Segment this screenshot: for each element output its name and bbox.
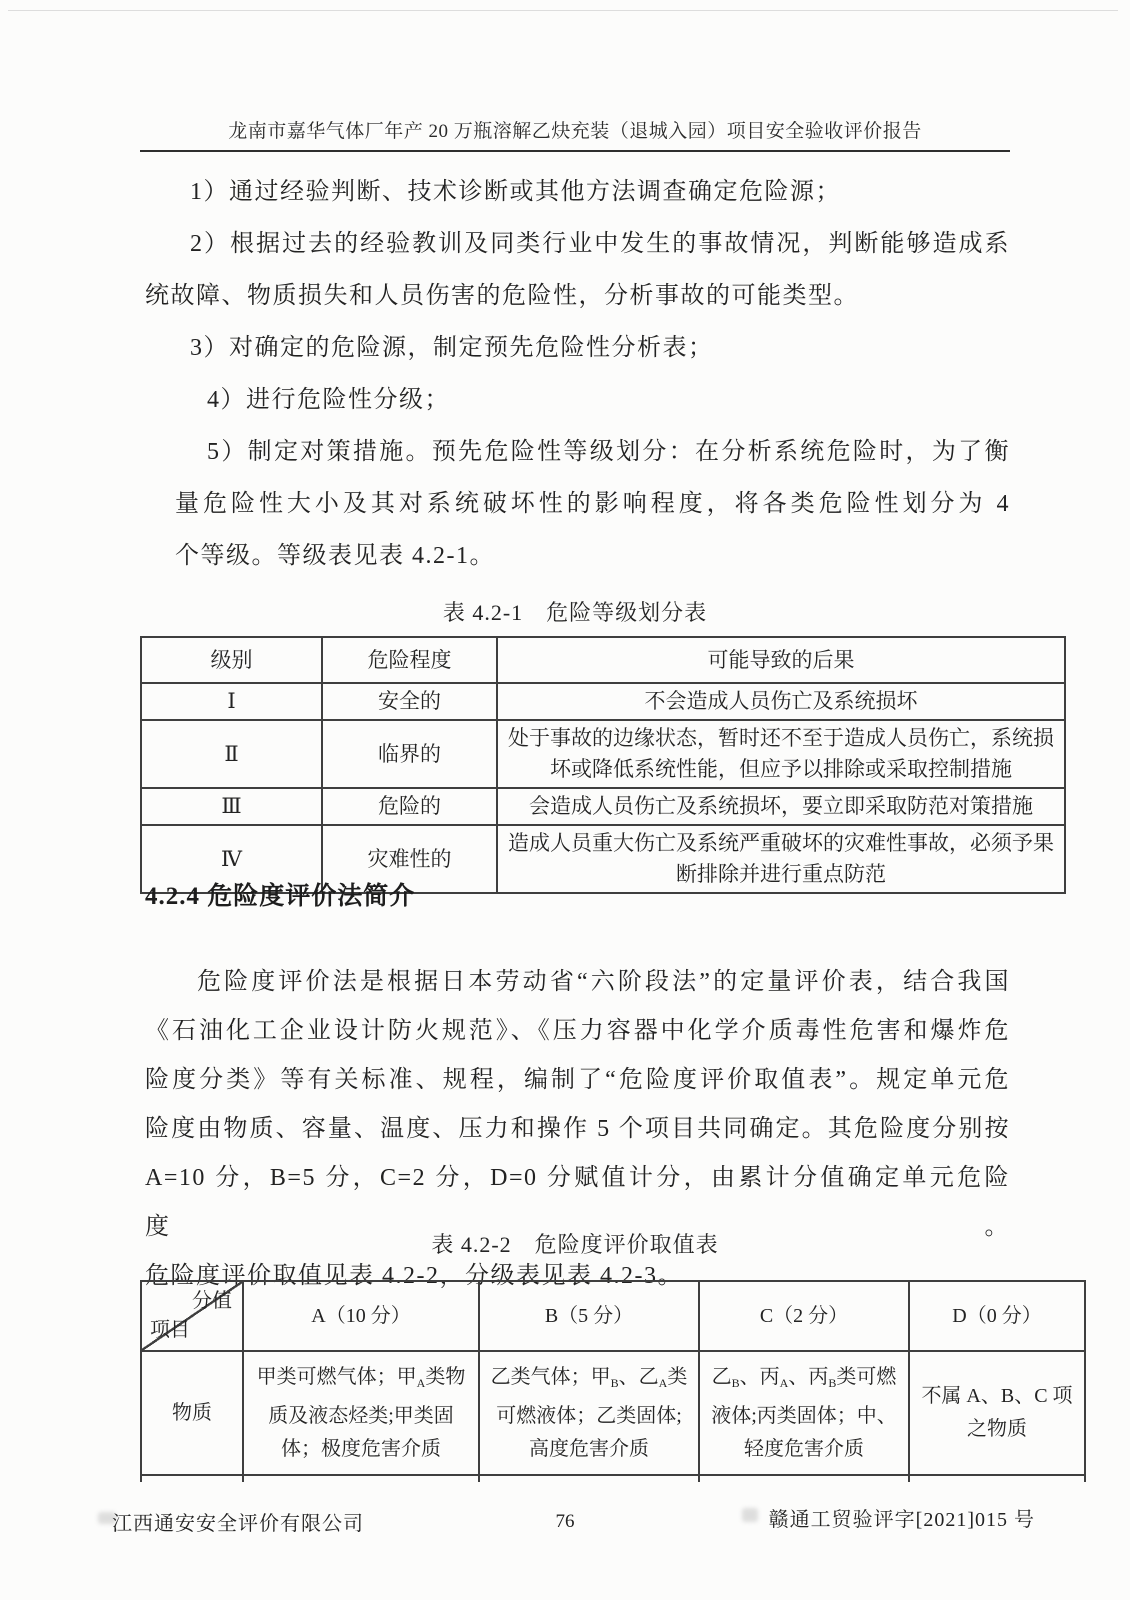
cell-level: Ⅰ — [141, 683, 322, 720]
cell-consequence: 造成人员重大伤亡及系统严重破坏的灾难性事故，必须予果断排除并进行重点防范 — [497, 825, 1065, 893]
table-row: Ⅱ 临界的 处于事故的边缘状态，暂时还不至于造成人员伤亡，系统损坏或降低系统性能… — [141, 720, 1065, 788]
list-item-4: 4）进行危险性分级； — [145, 374, 1010, 426]
header-cell-degree: 危险程度 — [322, 637, 497, 683]
report-page: 龙南市嘉华气体厂年产 20 万瓶溶解乙炔充装（退城入园）项目安全验收评价报告 1… — [0, 0, 1130, 1600]
list-item-5-line-3: 个等级。等级表见表 4.2-1。 — [145, 530, 1010, 582]
list-item-3: 3）对确定的危险源，制定预先危险性分析表； — [145, 322, 1010, 374]
corner-label-item: 项目 — [150, 1314, 190, 1347]
paragraph-line: 险度由物质、容量、温度、压力和操作 5 个项目共同确定。其危险度分别按 — [145, 1105, 1010, 1154]
cell-substance-a: 甲类可燃气体；甲A类物质及液态烃类;甲类固体；极度危害介质 — [243, 1351, 479, 1475]
header-cell-level: 级别 — [141, 637, 322, 683]
corner-label-score: 分值 — [192, 1285, 232, 1318]
table-row: Ⅲ 危险的 会造成人员伤亡及系统损坏，要立即采取防范对策措施 — [141, 788, 1065, 825]
row-label-substance: 物质 — [141, 1351, 243, 1475]
paragraph-line: 危险度评价法是根据日本劳动省“六阶段法”的定量评价表，结合我国 — [145, 958, 1010, 1007]
header-cell-c: C（2 分） — [699, 1281, 909, 1351]
paragraph-line: 《石油化工企业设计防火规范》、《压力容器中化学介质毒性危害和爆炸危 — [145, 1007, 1010, 1056]
table-header-row: 分值 项目 A（10 分） B（5 分） C（2 分） D（0 分） — [141, 1281, 1085, 1351]
section-heading-4-2-4: 4.2.4 危险度评价法简介 — [145, 876, 415, 912]
diagonal-corner-cell: 分值 项目 — [141, 1281, 243, 1351]
header-divider — [140, 150, 1010, 152]
list-item-2-line-2: 统故障、物质损失和人员伤害的危险性，分析事故的可能类型。 — [145, 270, 1010, 322]
page-header-title: 龙南市嘉华气体厂年产 20 万瓶溶解乙炔充装（退城入园）项目安全验收评价报告 — [140, 116, 1010, 143]
table-header-row: 级别 危险程度 可能导致的后果 — [141, 637, 1065, 683]
cell-substance-b: 乙类气体；甲B、乙A类可燃液体；乙类固体;高度危害介质 — [479, 1351, 699, 1475]
cell-degree: 危险的 — [322, 788, 497, 825]
page-footer: 江西通安安全评价有限公司 76 赣通工贸验评字[2021]015 号 — [0, 1503, 1130, 1539]
cell-substance-d: 不属 A、B、C 项之物质 — [909, 1351, 1085, 1475]
header-cell-consequence: 可能导致的后果 — [497, 637, 1065, 683]
scan-artifact-line — [8, 10, 1118, 11]
paragraph-line: 险度分类》等有关标准、规程，编制了“危险度评价取值表”。规定单元危 — [145, 1056, 1010, 1105]
cell-level: Ⅲ — [141, 788, 322, 825]
list-item-2-line-1: 2）根据过去的经验教训及同类行业中发生的事故情况，判断能够造成系 — [145, 218, 1010, 270]
list-item-5-line-1: 5）制定对策措施。预先危险性等级划分：在分析系统危险时，为了衡 — [145, 426, 1010, 478]
cell-substance-c: 乙B、丙A、丙B类可燃液体;丙类固体；中、轻度危害介质 — [699, 1351, 909, 1475]
header-cell-a: A（10 分） — [243, 1281, 479, 1351]
cell-level: Ⅱ — [141, 720, 322, 788]
header-cell-b: B（5 分） — [479, 1281, 699, 1351]
header-cell-d: D（0 分） — [909, 1281, 1085, 1351]
table-4-2-2-caption: 表 4.2-2 危险度评价取值表 — [140, 1228, 1010, 1259]
risk-grade-table: 级别 危险程度 可能导致的后果 Ⅰ 安全的 不会造成人员伤亡及系统损坏 Ⅱ 临界… — [140, 636, 1066, 894]
table-4-2-1-caption: 表 4.2-1 危险等级划分表 — [140, 596, 1010, 627]
table-row: Ⅰ 安全的 不会造成人员伤亡及系统损坏 — [141, 683, 1065, 720]
cell-degree: 临界的 — [322, 720, 497, 788]
list-item-1: 1）通过经验判断、技术诊断或其他方法调查确定危险源； — [145, 166, 1010, 218]
cell-consequence: 不会造成人员伤亡及系统损坏 — [497, 683, 1065, 720]
list-item-5-line-2: 量危险性大小及其对系统破坏性的影响程度，将各类危险性划分为 4 — [145, 478, 1010, 530]
cell-degree: 安全的 — [322, 683, 497, 720]
table-row-cutoff — [141, 1475, 1085, 1482]
risk-valuation-table: 分值 项目 A（10 分） B（5 分） C（2 分） D（0 分） 物质 甲类… — [140, 1280, 1086, 1482]
table-row-substance: 物质 甲类可燃气体；甲A类物质及液态烃类;甲类固体；极度危害介质 乙类气体；甲B… — [141, 1351, 1085, 1475]
numbered-list: 1）通过经验判断、技术诊断或其他方法调查确定危险源； 2）根据过去的经验教训及同… — [145, 166, 1010, 582]
cell-consequence: 会造成人员伤亡及系统损坏，要立即采取防范对策措施 — [497, 788, 1065, 825]
footer-doc-number: 赣通工贸验评字[2021]015 号 — [769, 1503, 1035, 1532]
cell-consequence: 处于事故的边缘状态，暂时还不至于造成人员伤亡，系统损坏或降低系统性能，但应予以排… — [497, 720, 1065, 788]
